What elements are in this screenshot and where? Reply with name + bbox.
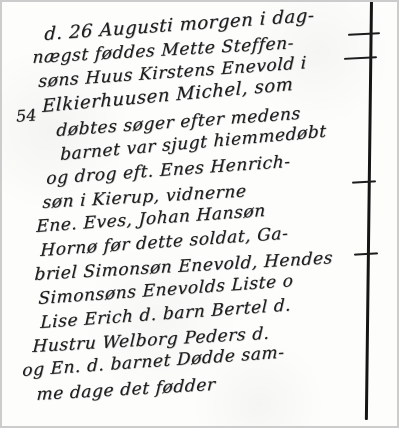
margin-number: 54	[15, 105, 37, 125]
manuscript-page: 54 d. 26 Augusti morgen i dag- nægst fød…	[0, 0, 399, 428]
hyphen-stroke	[352, 180, 376, 184]
hyphen-stroke	[348, 32, 380, 36]
ruled-margin-line	[365, 0, 373, 420]
manuscript-line: me dage det fødder	[36, 375, 216, 405]
hyphen-stroke	[344, 56, 377, 60]
